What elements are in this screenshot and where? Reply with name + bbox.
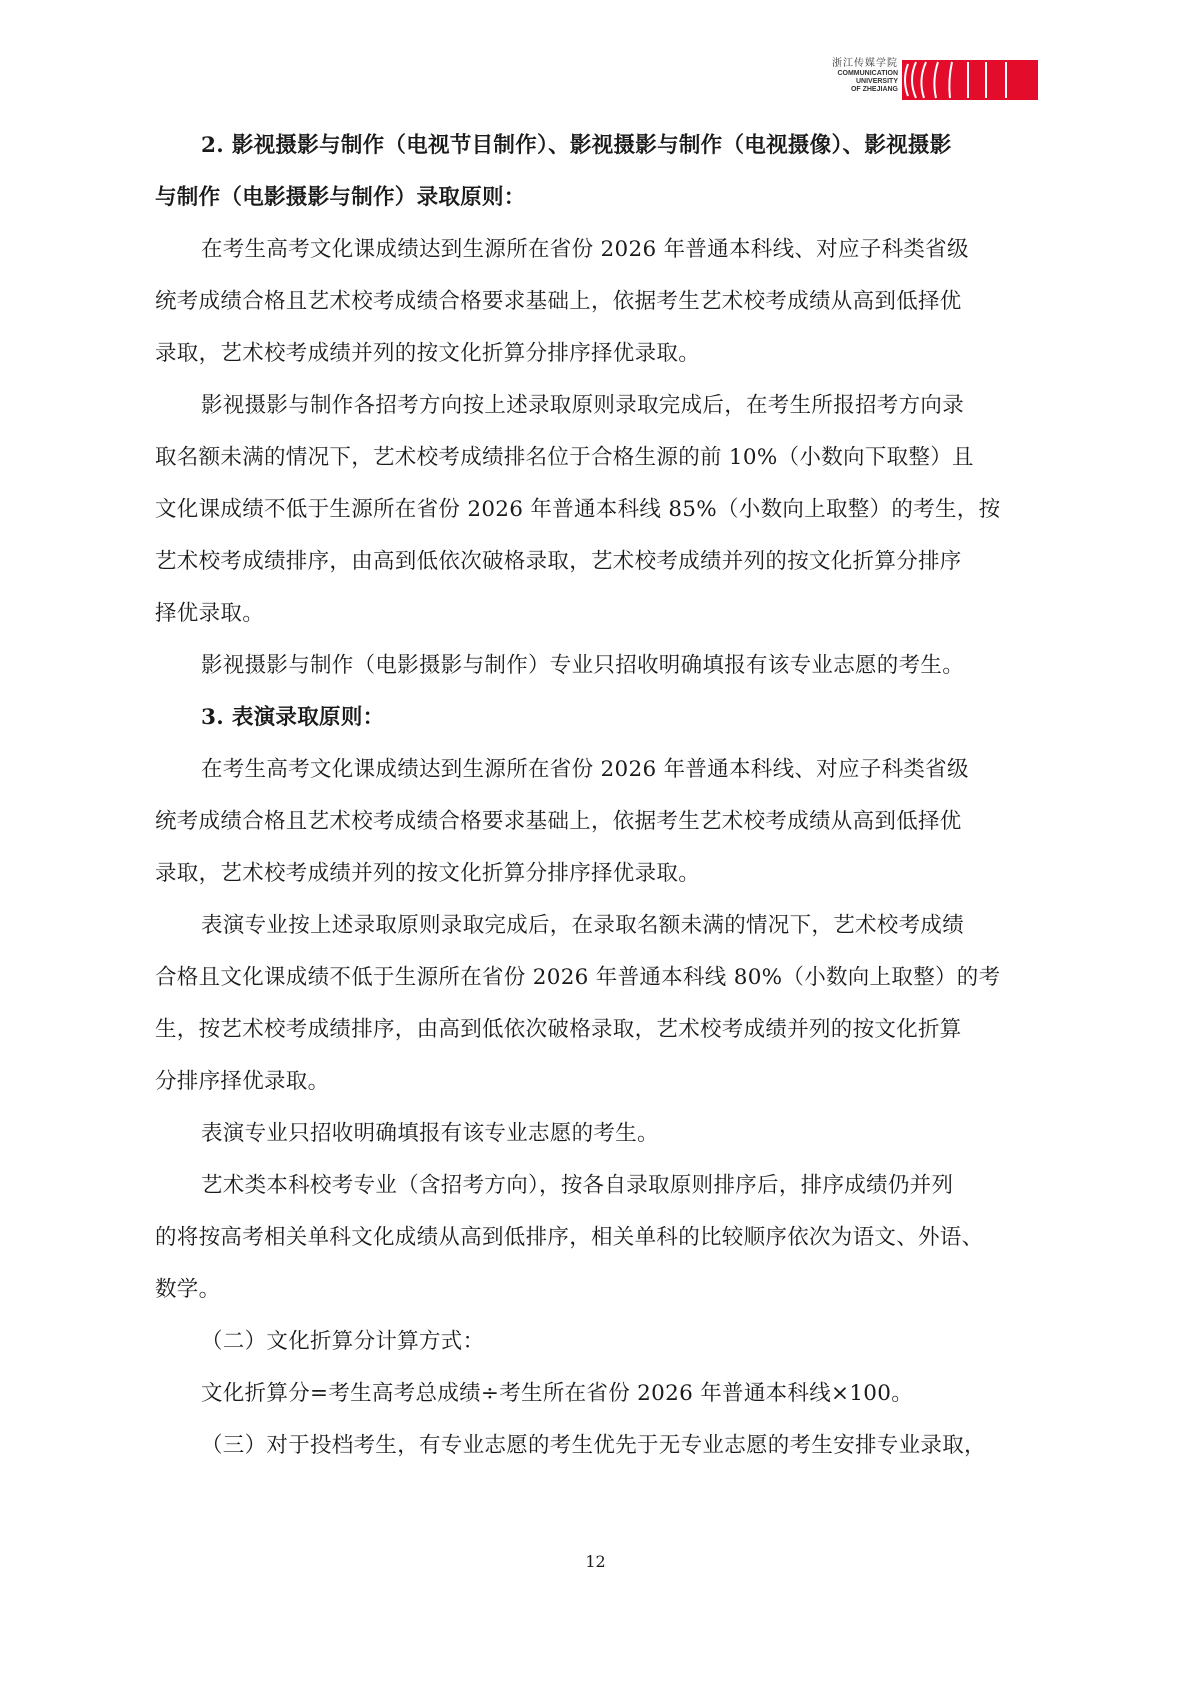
paragraph-line: 文化折算分=考生高考总成绩÷考生所在省份 2026 年普通本科线×100。 (201, 1376, 1081, 1407)
paragraph-line: 在考生高考文化课成绩达到生源所在省份 2026 年普通本科线、对应子科类省级 (201, 752, 1081, 783)
paragraph-line: 统考成绩合格且艺术校考成绩合格要求基础上，依据考生艺术校考成绩从高到低择优 (155, 284, 1035, 315)
paragraph-line: 影视摄影与制作各招考方向按上述录取原则录取完成后，在考生所报招考方向录 (201, 388, 1081, 419)
paragraph-line: 生，按艺术校考成绩排序，由高到低依次破格录取，艺术校考成绩并列的按文化折算 (155, 1012, 1035, 1043)
paragraph-line: 数学。 (155, 1272, 1035, 1303)
section-heading: 3. 表演录取原则： (201, 700, 1081, 731)
paragraph-line: （三）对于投档考生，有专业志愿的考生优先于无专业志愿的考生安排专业录取， (201, 1428, 1081, 1459)
paragraph-line: 统考成绩合格且艺术校考成绩合格要求基础上，依据考生艺术校考成绩从高到低择优 (155, 804, 1035, 835)
paragraph-line: 在考生高考文化课成绩达到生源所在省份 2026 年普通本科线、对应子科类省级 (201, 232, 1081, 263)
paragraph-line: 艺术校考成绩排序，由高到低依次破格录取，艺术校考成绩并列的按文化折算分排序 (155, 544, 1035, 575)
paragraph-line: 文化课成绩不低于生源所在省份 2026 年普通本科线 85%（小数向上取整）的考… (155, 492, 1035, 523)
university-logo: 浙江传媒学院 COMMUNICATION UNIVERSITY OF ZHEJI… (818, 58, 1038, 102)
paragraph-line: 的将按高考相关单科文化成绩从高到低排序，相关单科的比较顺序依次为语文、外语、 (155, 1220, 1035, 1251)
paragraph-line: 影视摄影与制作（电影摄影与制作）专业只招收明确填报有该专业志愿的考生。 (201, 648, 1081, 679)
paragraph-line: 分排序择优录取。 (155, 1064, 1035, 1095)
paragraph-line: 取名额未满的情况下，艺术校考成绩排名位于合格生源的前 10%（小数向下取整）且 (155, 440, 1035, 471)
paragraph-line: 录取，艺术校考成绩并列的按文化折算分排序择优录取。 (155, 856, 1035, 887)
paragraph-line: 表演专业按上述录取原则录取完成后，在录取名额未满的情况下，艺术校考成绩 (201, 908, 1081, 939)
logo-name-en-2: UNIVERSITY (818, 78, 898, 86)
logo-text: 浙江传媒学院 COMMUNICATION UNIVERSITY OF ZHEJI… (818, 58, 898, 94)
section-heading: 与制作（电影摄影与制作）录取原则： (155, 180, 1035, 211)
paragraph-line: 合格且文化课成绩不低于生源所在省份 2026 年普通本科线 80%（小数向上取整… (155, 960, 1035, 991)
section-heading: 2. 影视摄影与制作（电视节目制作）、影视摄影与制作（电视摄像）、影视摄影 (201, 128, 1081, 159)
paragraph-line: 表演专业只招收明确填报有该专业志愿的考生。 (201, 1116, 1081, 1147)
logo-emblem-icon (902, 60, 1038, 100)
logo-name-cn: 浙江传媒学院 (818, 58, 898, 70)
paragraph-line: 艺术类本科校考专业（含招考方向），按各自录取原则排序后，排序成绩仍并列 (201, 1168, 1081, 1199)
paragraph-line: 录取，艺术校考成绩并列的按文化折算分排序择优录取。 (155, 336, 1035, 367)
logo-name-en-1: COMMUNICATION (818, 70, 898, 78)
paragraph-line: 择优录取。 (155, 596, 1035, 627)
paragraph-line: （二）文化折算分计算方式： (201, 1324, 1081, 1355)
logo-name-en-3: OF ZHEJIANG (818, 86, 898, 94)
page-number: 12 (0, 1552, 1191, 1571)
